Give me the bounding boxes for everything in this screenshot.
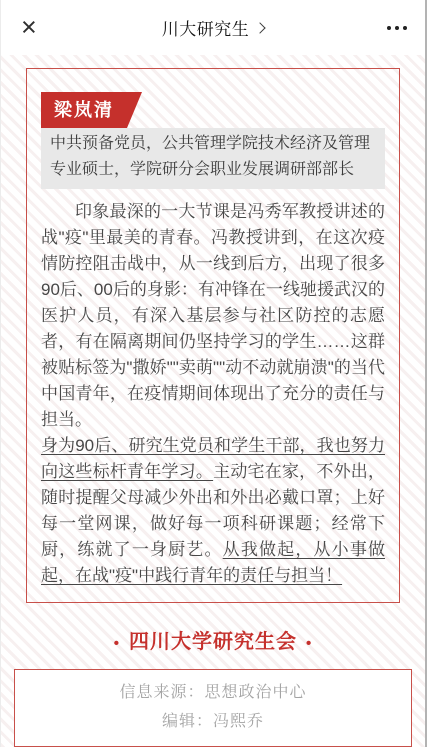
- credits-box: 信息来源：思想政治中心 编辑：冯熙乔: [14, 669, 412, 747]
- top-bar-right: [345, 20, 409, 36]
- org-bullet-right: •: [306, 635, 312, 652]
- top-bar-left: ×: [17, 12, 81, 43]
- body-paragraph-2: 身为90后、研究生党员和学生干部，我也努力向这些标杆青年学习。主动宅在家，不外出…: [41, 433, 385, 589]
- body-paragraph-1: 印象最深的一大节课是冯秀军教授讲述的战"疫"里最美的青春。冯教授讲到，在这次疫情…: [41, 199, 385, 433]
- name-badge: 梁岚清: [41, 92, 142, 128]
- org-title: 四川大学研究生会: [129, 631, 297, 653]
- org-bullet-left: •: [114, 635, 120, 652]
- account-title-link[interactable]: 川大研究生: [81, 15, 345, 40]
- source-line: 信息来源：思想政治中心: [15, 678, 411, 707]
- more-icon[interactable]: [385, 20, 409, 36]
- editor-line: 编辑：冯熙乔: [15, 707, 411, 736]
- article-content: 梁岚清 中共预备党员，公共管理学院技术经济及管理专业硕士，学院研分会职业发展调研…: [1, 55, 425, 747]
- chevron-right-icon: [255, 22, 266, 33]
- profile-card: 梁岚清 中共预备党员，公共管理学院技术经济及管理专业硕士，学院研分会职业发展调研…: [26, 68, 400, 603]
- article-window: × 川大研究生 梁岚清 中共预备党员，公共管理学院技术经济及管理专业硕士，学院研…: [0, 0, 427, 747]
- close-icon[interactable]: ×: [17, 12, 41, 43]
- top-bar: × 川大研究生: [1, 0, 425, 55]
- page-title: 川大研究生: [162, 15, 250, 40]
- org-title-row: •四川大学研究生会•: [1, 625, 425, 654]
- bio-block: 中共预备党员，公共管理学院技术经济及管理专业硕士，学院研分会职业发展调研部部长: [41, 128, 385, 189]
